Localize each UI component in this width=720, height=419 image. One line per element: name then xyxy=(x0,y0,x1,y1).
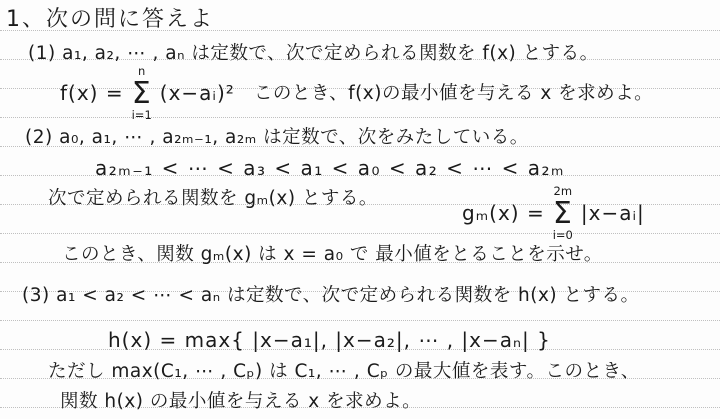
part1-label: (1) xyxy=(28,43,56,64)
problem-heading: 1、次の問に答えよ xyxy=(6,6,214,34)
part1-intro: a₁, a₂, ⋯ , aₙ は定数で、次で定められる関数を f(x) とする。 xyxy=(62,43,599,64)
sum-lower-limit: i=0 xyxy=(553,230,573,242)
part1-intro-line: (1) a₁, a₂, ⋯ , aₙ は定数で、次で定められる関数を f(x) … xyxy=(28,42,599,65)
part1-formula-line: f(x) = n Σ i=1 (x−aᵢ)² このとき、f(x)の最小値を与える… xyxy=(60,66,653,121)
part2-ordering: a₂ₘ₋₁ < ⋯ < a₃ < a₁ < a₀ < a₂ < ⋯ < a₂ₘ xyxy=(95,156,565,181)
notebook-page: 1、次の問に答えよ (1) a₁, a₂, ⋯ , aₙ は定数で、次で定められ… xyxy=(0,0,720,419)
part2-label: (2) xyxy=(25,127,53,148)
part1-formula-body: (x−aᵢ)² xyxy=(160,81,235,106)
part2-intro-line: (2) a₀, a₁, ⋯ , a₂ₘ₋₁, a₂ₘ は定数で、次をみたしている… xyxy=(25,126,529,149)
part3-formula: h(x) = max{ |x−a₁|, |x−a₂|, ⋯ , |x−aₙ| } xyxy=(108,328,551,353)
part2-formula-body: |x−aᵢ| xyxy=(581,201,645,226)
part2-formula-lhs: gₘ(x) = xyxy=(462,201,545,226)
sigma-icon: Σ xyxy=(553,199,573,229)
sum-lower-limit: i=1 xyxy=(132,110,152,122)
summation-symbol: 2m Σ i=0 xyxy=(553,186,573,241)
part3-note: ただし max(C₁, ⋯ , Cₚ) は C₁, ⋯ , Cₚ の最大値を表す… xyxy=(48,360,640,383)
part3-question: 関数 h(x) の最小値を与える x を求めよ。 xyxy=(60,390,421,413)
part2-question: このとき、関数 gₘ(x) は x = a₀ で 最小値をとることを示せ。 xyxy=(62,243,603,266)
part1-question: このとき、f(x)の最小値を与える x を求めよ。 xyxy=(254,82,653,105)
summation-symbol: n Σ i=1 xyxy=(132,66,152,121)
part2-define: 次で定められる関数を gₘ(x) とする。 xyxy=(48,187,378,210)
problem-number: 1、 xyxy=(6,7,46,32)
problem-title: 次の問に答えよ xyxy=(46,7,214,32)
part3-label: (3) xyxy=(22,285,50,306)
part2-formula-line: gₘ(x) = 2m Σ i=0 |x−aᵢ| xyxy=(462,186,645,241)
rule-line xyxy=(0,320,720,321)
part3-intro-line: (3) a₁ < a₂ < ⋯ < aₙ は定数で、次で定められる関数を h(x… xyxy=(22,284,640,307)
part1-formula-lhs: f(x) = xyxy=(60,81,124,106)
sigma-icon: Σ xyxy=(132,79,152,109)
part3-intro: a₁ < a₂ < ⋯ < aₙ は定数で、次で定められる関数を h(x) とす… xyxy=(56,285,639,306)
part2-intro: a₀, a₁, ⋯ , a₂ₘ₋₁, a₂ₘ は定数で、次をみたしている。 xyxy=(59,127,529,148)
